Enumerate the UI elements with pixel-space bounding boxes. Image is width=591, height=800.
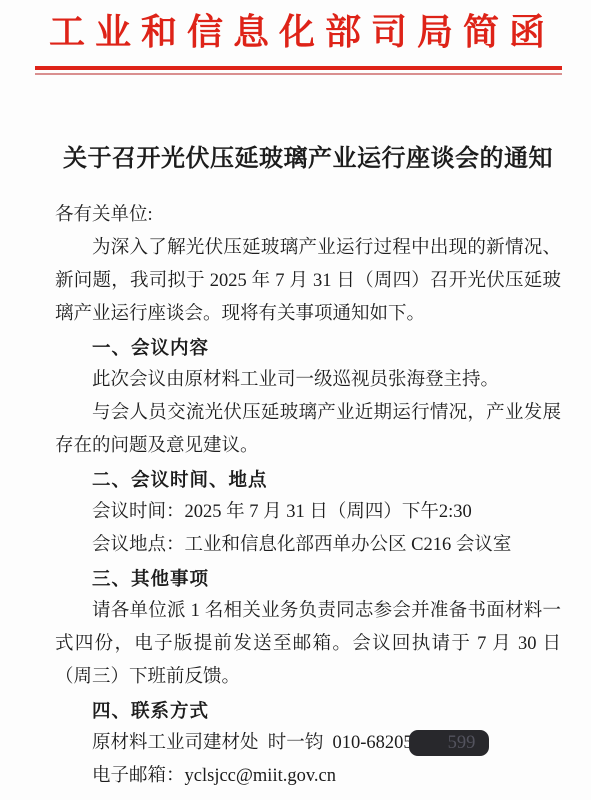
section-1-paragraph-2: 与会人员交流光伏压延玻璃产业近期运行情况，产业发展存在的问题及意见建议。 [55,397,561,463]
section-2-heading: 二、会议时间、地点 [55,463,561,496]
divider-thin-line [35,73,562,75]
letterhead: 工业和信息化部司局简函 [55,6,561,75]
document-title: 关于召开光伏压延玻璃产业运行座谈会的通知 [55,141,561,177]
redacted-phone-digits: 599 [448,733,476,753]
contact-department-name-phone: 原材料工业司建材处 时一钧 010-68205 [92,733,413,753]
section-4-heading: 四、联系方式 [55,694,561,727]
section-3-heading: 三、其他事项 [55,562,561,595]
section-1-paragraph-1: 此次会议由原材料工业司一级巡视员张海登主持。 [55,364,561,397]
email-label: 电子邮箱： [92,766,185,786]
section-3-paragraph-1: 请各单位派 1 名相关业务负责同志参会并准备书面材料一式四份，电子版提前发送至邮… [55,595,561,694]
scanned-document-page: 工业和信息化部司局简函 关于召开光伏压延玻璃产业运行座谈会的通知 各有关单位: … [0,0,591,800]
section-1-heading: 一、会议内容 [55,331,561,364]
letterhead-divider [35,66,562,75]
meeting-location-line: 会议地点：工业和信息化部西单办公区 C216 会议室 [55,529,561,562]
contact-line: 原材料工业司建材处 时一钧 010-68205599 [55,727,561,760]
email-line: 电子邮箱：yclsjcc@miit.gov.cn [55,760,561,793]
meeting-time-line: 会议时间：2025 年 7 月 31 日（周四）下午2:30 [55,496,561,529]
email-address: yclsjcc@miit.gov.cn [185,766,336,786]
salutation: 各有关单位: [55,199,561,232]
intro-paragraph: 为深入了解光伏压延玻璃产业运行过程中出现的新情况、新问题，我司拟于 2025 年… [55,232,561,331]
phone-redaction-mark: 599 [409,730,490,756]
letterhead-title: 工业和信息化部司局简函 [43,6,561,58]
